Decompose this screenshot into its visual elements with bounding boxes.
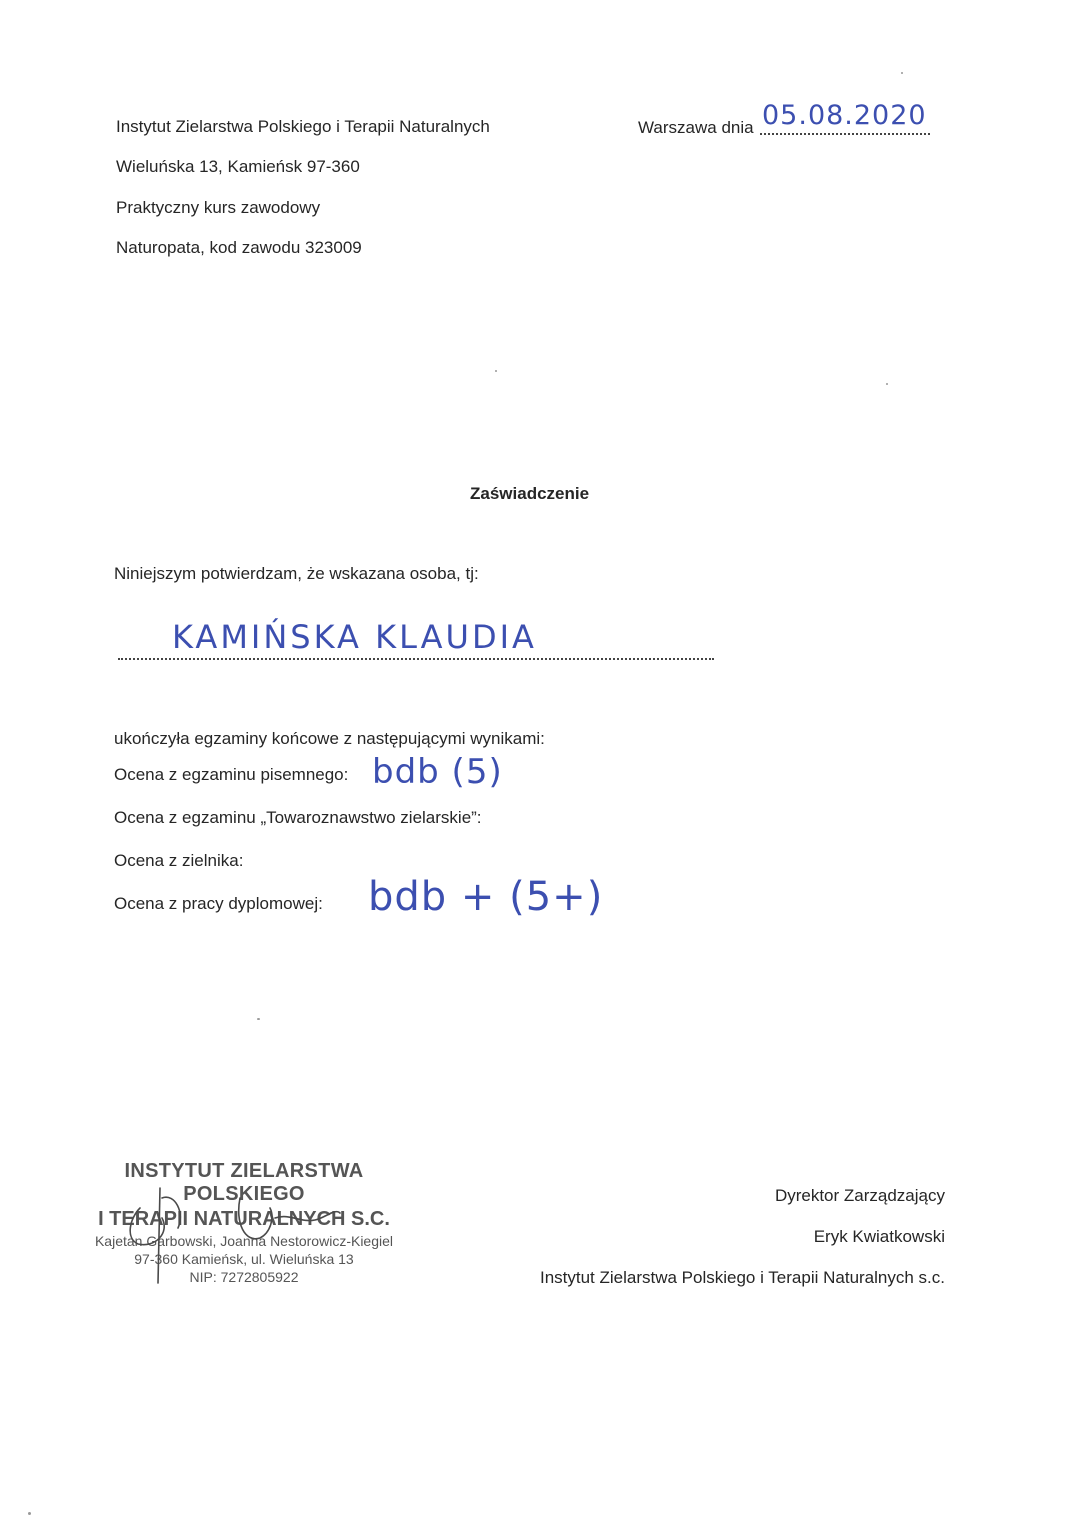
signatory-role: Dyrektor Zarządzający: [775, 1186, 945, 1206]
scan-speck: [28, 1512, 31, 1515]
org-name: Instytut Zielarstwa Polskiego i Terapii …: [116, 117, 490, 137]
grade-value-written-exam: bdb (5): [372, 752, 503, 792]
scan-speck: [257, 1018, 260, 1020]
stamp-line-2: I TERAPII NATURALNYCH S.C.: [74, 1208, 414, 1231]
company-stamp: INSTYTUT ZIELARSTWA POLSKIEGO I TERAPII …: [74, 1160, 414, 1285]
stamp-line-3: Kajetan Garbowski, Joanna Nestorowicz-Ki…: [74, 1233, 414, 1249]
org-address: Wieluńska 13, Kamieńsk 97-360: [116, 157, 360, 177]
place-date-label: Warszawa dnia: [638, 118, 754, 138]
handwritten-person-name: KAMIŃSKA KLAUDIA: [172, 618, 537, 656]
intro-text: Niniejszym potwierdzam, że wskazana osob…: [114, 564, 479, 584]
scan-speck: [901, 72, 903, 74]
signatory-name: Eryk Kwiatkowski: [814, 1227, 945, 1247]
grade-label-thesis: Ocena z pracy dyplomowej:: [114, 894, 323, 914]
scan-speck: [886, 383, 888, 385]
profession-code: Naturopata, kod zawodu 323009: [116, 238, 362, 258]
document-title: Zaświadczenie: [470, 484, 589, 504]
grade-value-thesis: bdb + (5+): [368, 874, 603, 920]
name-dotted-line: [118, 658, 714, 660]
grade-label-commodity-exam: Ocena z egzaminu „Towaroznawstwo zielars…: [114, 808, 482, 828]
date-dotted-line: [760, 133, 930, 135]
signatory-organization: Instytut Zielarstwa Polskiego i Terapii …: [540, 1268, 945, 1288]
stamp-line-5: NIP: 7272805922: [74, 1269, 414, 1285]
grade-label-written-exam: Ocena z egzaminu pisemnego:: [114, 765, 348, 785]
stamp-line-4: 97-360 Kamieńsk, ul. Wieluńska 13: [74, 1251, 414, 1267]
grade-label-herbarium: Ocena z zielnika:: [114, 851, 243, 871]
scan-speck: [495, 370, 497, 372]
handwritten-date: 05.08.2020: [762, 100, 927, 131]
completion-text: ukończyła egzaminy końcowe z następujący…: [114, 729, 545, 749]
course-name: Praktyczny kurs zawodowy: [116, 198, 320, 218]
stamp-line-1: INSTYTUT ZIELARSTWA POLSKIEGO: [74, 1160, 414, 1206]
